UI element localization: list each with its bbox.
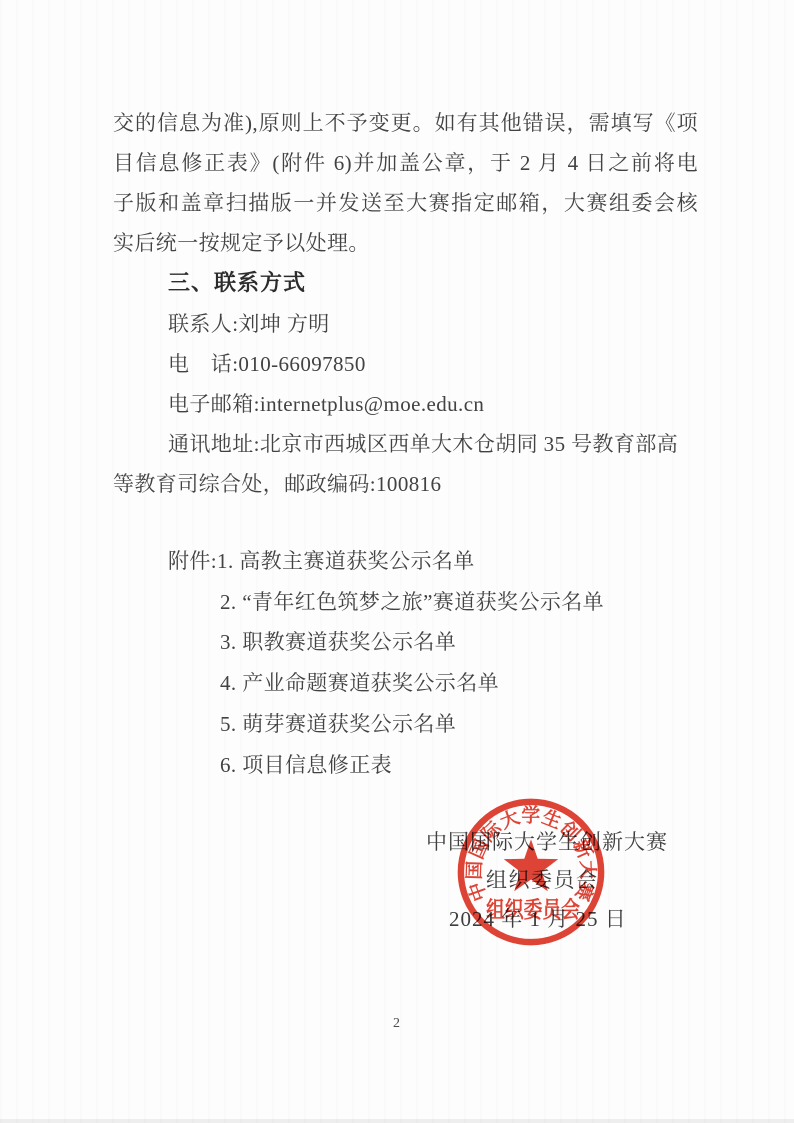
attachments-label: 附件: [168, 541, 217, 582]
paragraph-line: 目信息修正表》(附件 6)并加盖公章，于 2 月 4 日之前将电 [113, 143, 698, 183]
attachment-item: 6. 项目信息修正表 [220, 745, 708, 786]
seal-bottom-text: 组织委员会 [486, 896, 580, 922]
paragraph-line: 交的信息为准),原则上不予变更。如有其他错误，需填写《项 [113, 103, 698, 143]
document-page: 交的信息为准),原则上不予变更。如有其他错误，需填写《项 目信息修正表》(附件 … [0, 0, 794, 1123]
attachment-item: 3. 职教赛道获奖公示名单 [220, 622, 708, 663]
attachment-item: 5. 萌芽赛道获奖公示名单 [220, 704, 708, 745]
paragraph-line: 实后统一按规定予以处理。 [113, 223, 698, 263]
attachment-item: 1. 高教主赛道获奖公示名单 [217, 541, 475, 582]
attachment-item: 4. 产业命题赛道获奖公示名单 [220, 663, 708, 704]
section-heading: 三、联系方式 [168, 262, 306, 303]
official-seal: 中国国际大学生创新大赛 组织委员会 [452, 793, 610, 951]
contact-address-line: 等教育司综合处，邮政编码:100816 [113, 464, 713, 504]
contact-address-line: 通讯地址:北京市西城区西单大木仓胡同 35 号教育部高 [113, 424, 713, 464]
contact-person-line: 联系人:刘坤 方明 [113, 304, 713, 344]
attachments-first-row: 附件: 1. 高教主赛道获奖公示名单 [168, 541, 708, 582]
contact-phone-line: 电 话:010-66097850 [113, 344, 713, 384]
page-number: 2 [0, 1016, 794, 1032]
contact-info: 联系人:刘坤 方明 电 话:010-66097850 电子邮箱:internet… [113, 304, 713, 504]
body-paragraph: 交的信息为准),原则上不予变更。如有其他错误，需填写《项 目信息修正表》(附件 … [113, 103, 698, 263]
contact-email-line: 电子邮箱:internetplus@moe.edu.cn [113, 384, 713, 424]
paragraph-line: 子版和盖章扫描版一并发送至大赛指定邮箱，大赛组委会核 [113, 183, 698, 223]
attachments-list: 附件: 1. 高教主赛道获奖公示名单 2. “青年红色筑梦之旅”赛道获奖公示名单… [168, 541, 708, 785]
attachment-item: 2. “青年红色筑梦之旅”赛道获奖公示名单 [220, 582, 708, 623]
seal-star-icon [504, 839, 559, 891]
